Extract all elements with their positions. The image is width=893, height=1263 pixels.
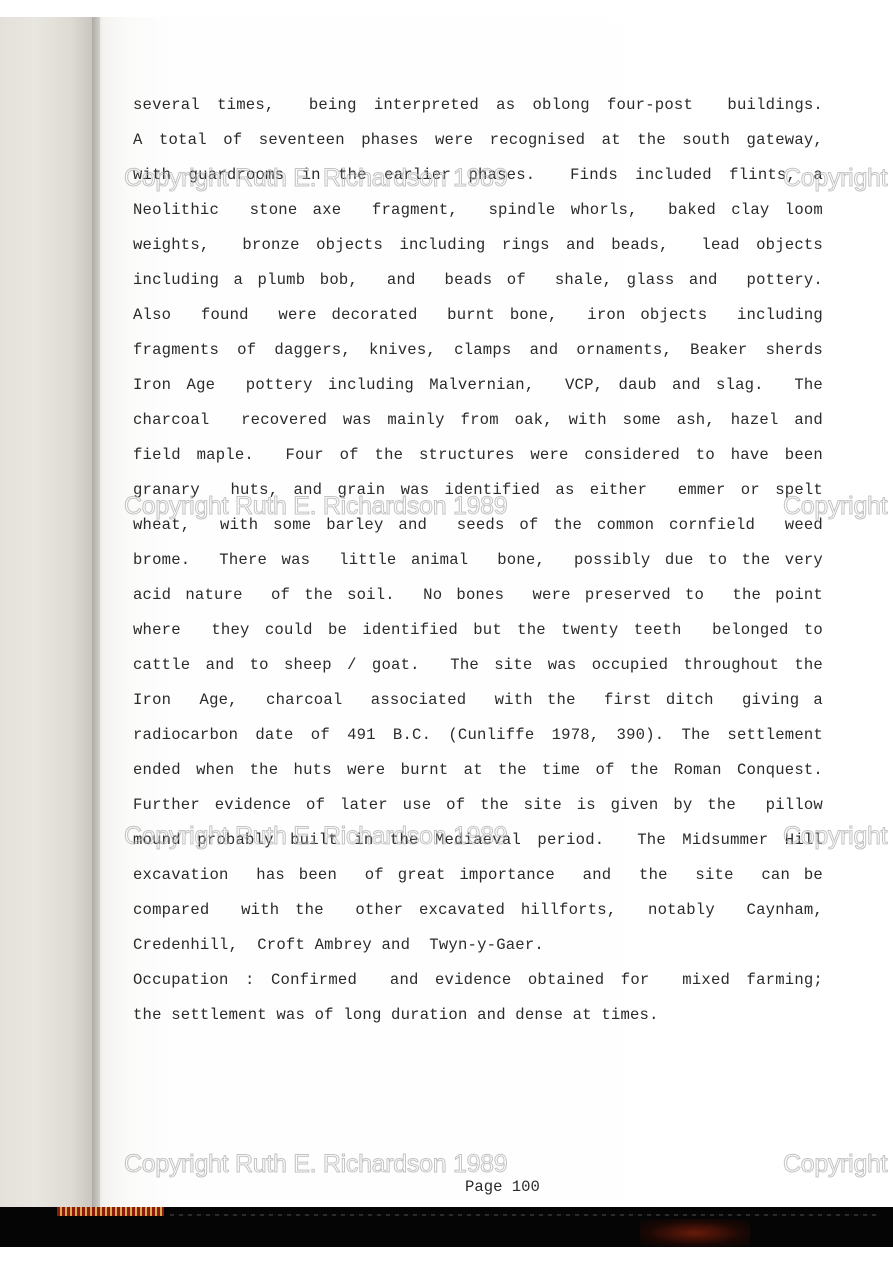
text-line: Also found were decorated burnt bone, ir… bbox=[133, 303, 823, 338]
text-line: Iron Age pottery including Malvernian, V… bbox=[133, 373, 823, 408]
text-line: field maple. Four of the structures were… bbox=[133, 443, 823, 478]
page-number: Page 100 bbox=[465, 1178, 540, 1196]
scan-light-glow bbox=[640, 1219, 750, 1247]
text-line: radiocarbon date of 491 B.C. (Cunliffe 1… bbox=[133, 723, 823, 758]
text-line: Credenhill, Croft Ambrey and Twyn-y-Gaer… bbox=[133, 933, 823, 968]
text-line: brome. There was little animal bone, pos… bbox=[133, 548, 823, 583]
text-line: with guardrooms in the earlier phases. F… bbox=[133, 163, 823, 198]
left-page-edge bbox=[0, 17, 100, 1207]
text-line: A total of seventeen phases were recogni… bbox=[133, 128, 823, 163]
text-line: Neolithic stone axe fragment, spindle wh… bbox=[133, 198, 823, 233]
text-line: several times, being interpreted as oblo… bbox=[133, 93, 823, 128]
text-line: the settlement was of long duration and … bbox=[133, 1003, 823, 1038]
scan-edge-artifact bbox=[170, 1214, 880, 1216]
bookmark-ribbon bbox=[57, 1207, 164, 1216]
text-line: ended when the huts were burnt at the ti… bbox=[133, 758, 823, 793]
text-line: charcoal recovered was mainly from oak, … bbox=[133, 408, 823, 443]
text-line: wheat, with some barley and seeds of the… bbox=[133, 513, 823, 548]
scanner-bottom-band bbox=[0, 1207, 893, 1247]
text-line: excavation has been of great importance … bbox=[133, 863, 823, 898]
text-line: cattle and to sheep / goat. The site was… bbox=[133, 653, 823, 688]
scan-top-margin bbox=[0, 0, 893, 17]
text-line: compared with the other excavated hillfo… bbox=[133, 898, 823, 933]
text-line: including a plumb bob, and beads of shal… bbox=[133, 268, 823, 303]
text-line: Iron Age, charcoal associated with the f… bbox=[133, 688, 823, 723]
text-line: acid nature of the soil. No bones were p… bbox=[133, 583, 823, 618]
text-line: Further evidence of later use of the sit… bbox=[133, 793, 823, 828]
text-line: weights, bronze objects including rings … bbox=[133, 233, 823, 268]
text-line: mound probably built in the Mediaeval pe… bbox=[133, 828, 823, 863]
text-line: where they could be identified but the t… bbox=[133, 618, 823, 653]
text-line: Occupation : Confirmed and evidence obta… bbox=[133, 968, 823, 1003]
scanned-page-spread: several times, being interpreted as oblo… bbox=[0, 0, 893, 1263]
body-text: several times, being interpreted as oblo… bbox=[133, 93, 823, 1038]
scan-bottom-margin bbox=[0, 1247, 893, 1263]
text-line: granary huts, and grain was identified a… bbox=[133, 478, 823, 513]
book-gutter-shadow bbox=[92, 17, 106, 1207]
text-line: fragments of daggers, knives, clamps and… bbox=[133, 338, 823, 373]
